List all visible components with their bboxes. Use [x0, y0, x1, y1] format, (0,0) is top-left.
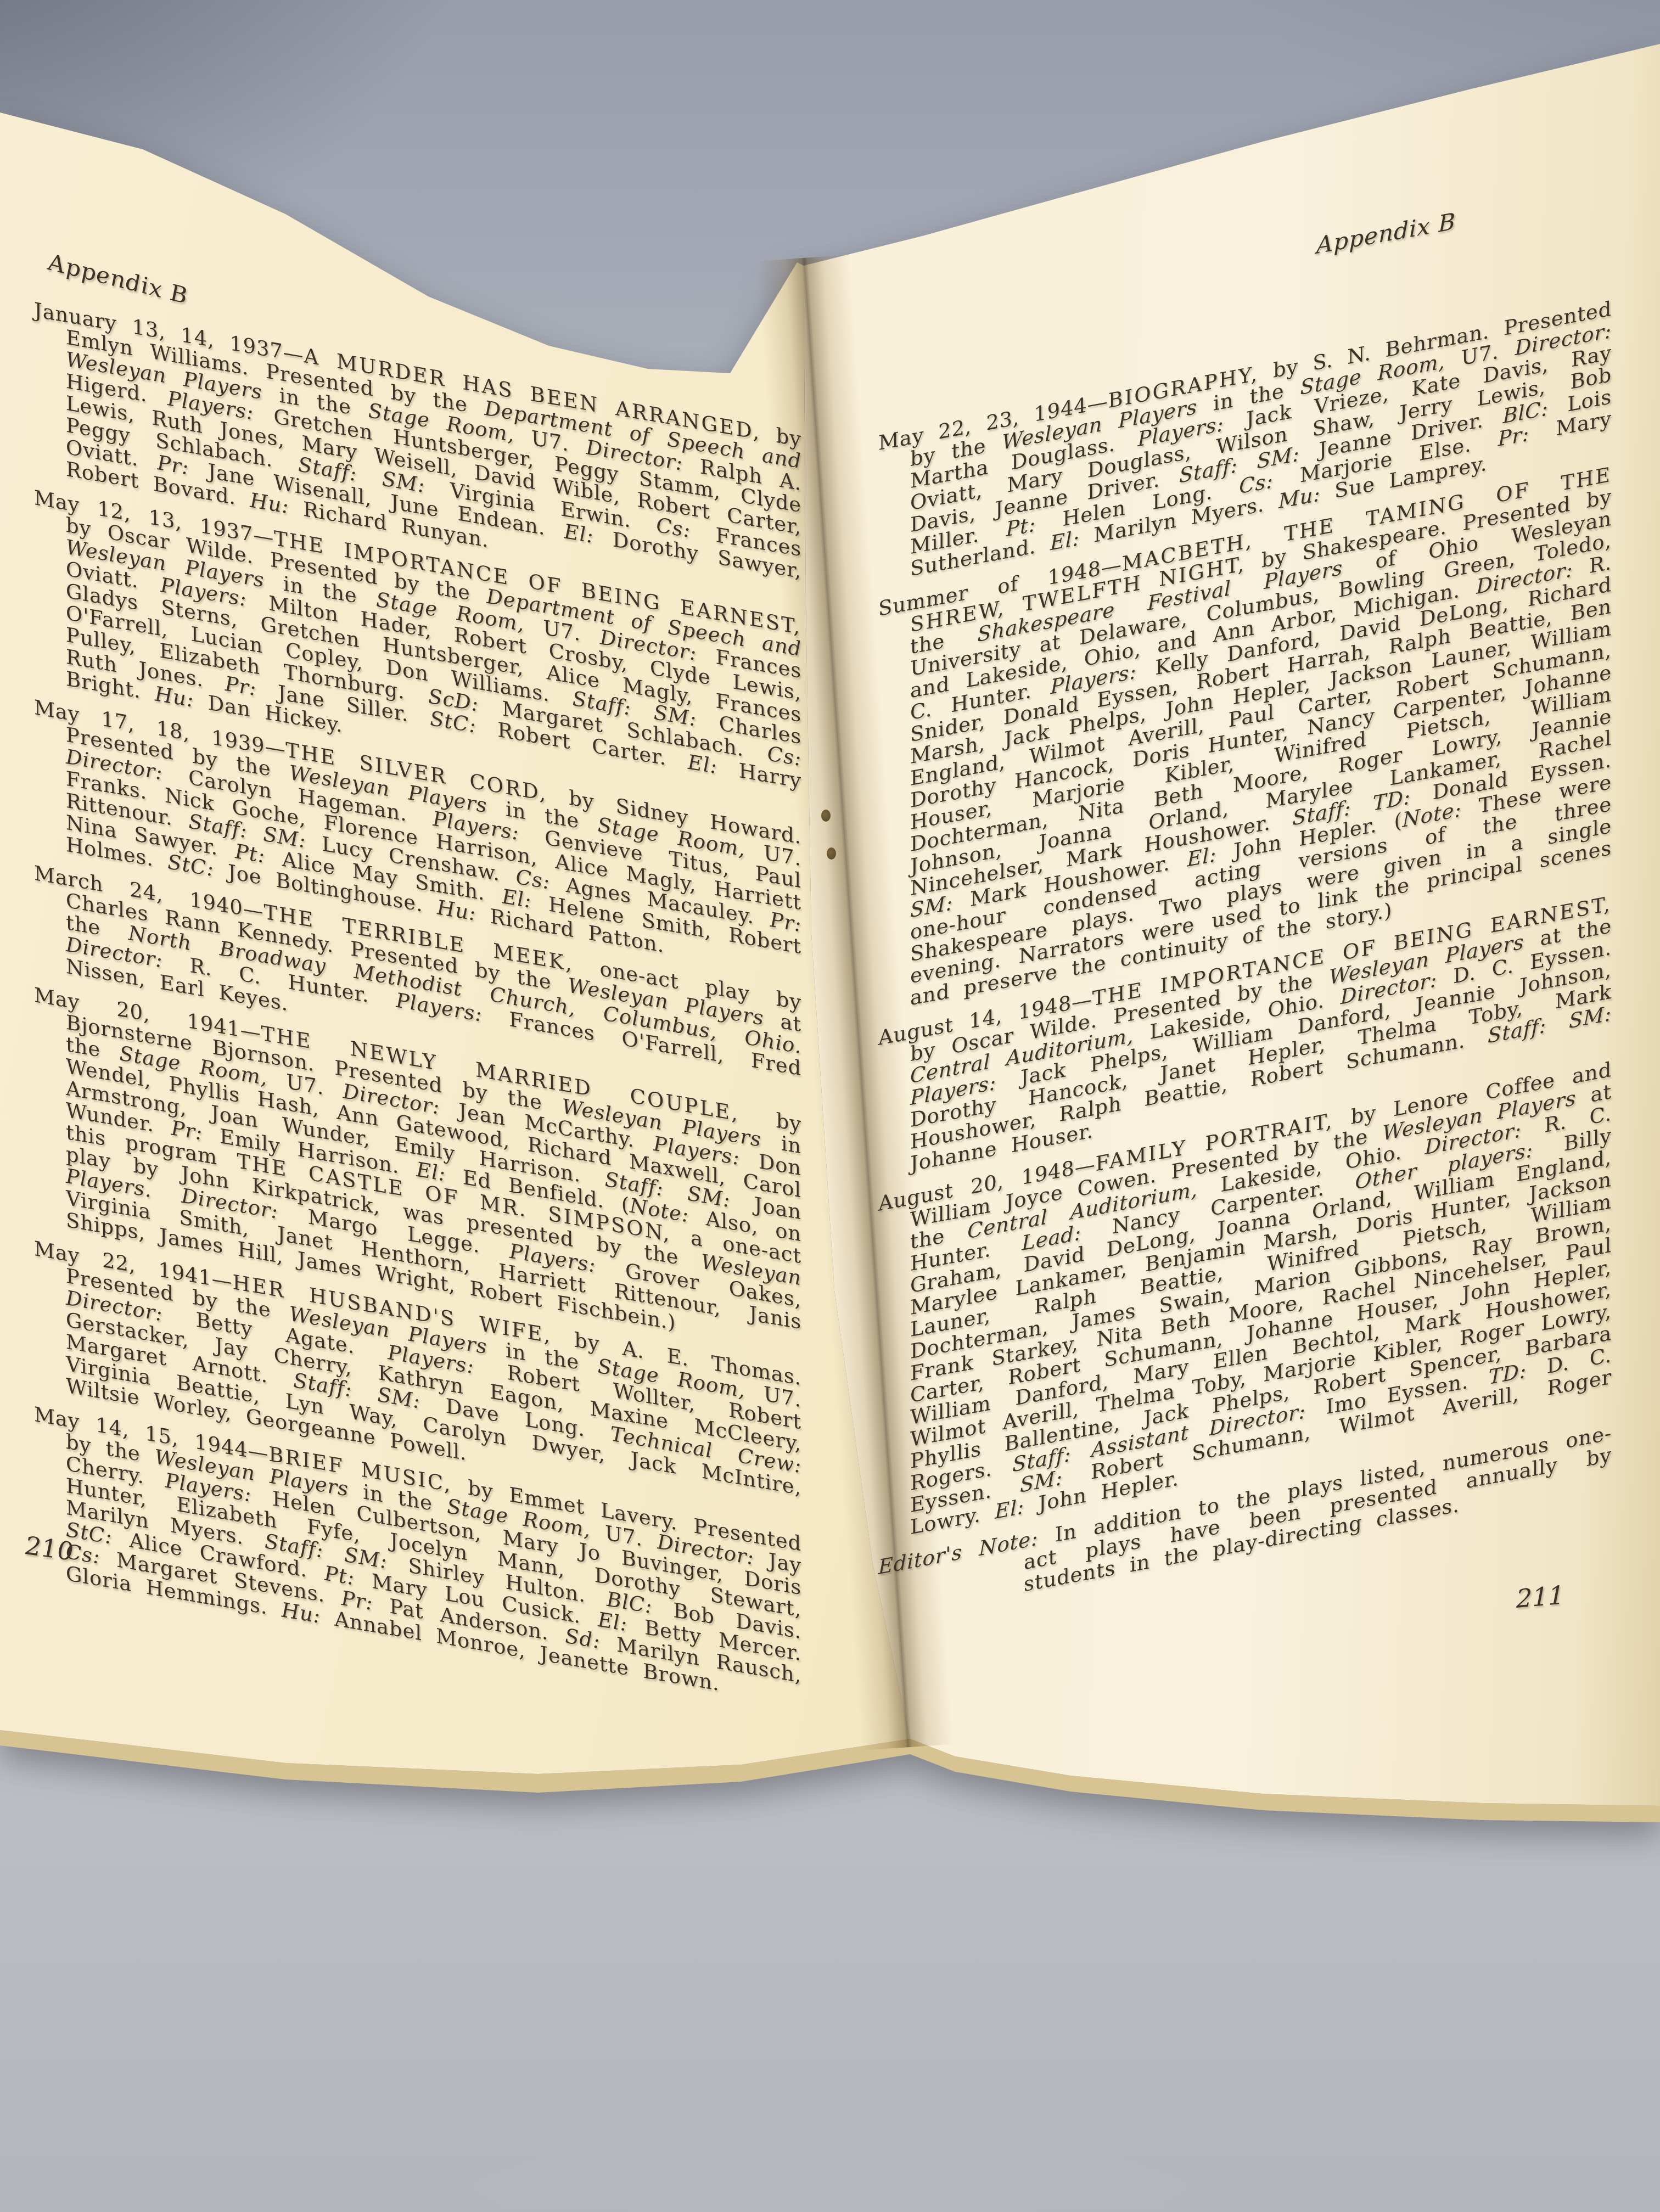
binding-hole: [821, 810, 831, 822]
right-page-number: 211: [1516, 1580, 1564, 1614]
book: Appendix B Appendix B January 13, 14, 19…: [0, 0, 1660, 2212]
entry-segment: Pr:: [1498, 422, 1529, 451]
entry-segment: El:: [995, 1495, 1024, 1524]
binding-hole: [827, 847, 836, 860]
left-page-text: January 13, 14, 1937—A MURDER HAS BEEN A…: [34, 299, 801, 1721]
right-page-text: May 22, 23, 1944—BIOGRAPHY, by S. N. Beh…: [878, 298, 1612, 1635]
open-book-photo: Appendix B Appendix B January 13, 14, 19…: [0, 0, 1660, 2212]
entry-segment: El:: [1050, 526, 1080, 555]
right-page-entries: May 22, 23, 1944—BIOGRAPHY, by S. N. Beh…: [878, 298, 1612, 1622]
entry-segment: El:: [688, 750, 717, 778]
left-page-entries: January 13, 14, 1937—A MURDER HAS BEEN A…: [34, 299, 801, 1709]
entry-segment: El:: [564, 519, 594, 548]
